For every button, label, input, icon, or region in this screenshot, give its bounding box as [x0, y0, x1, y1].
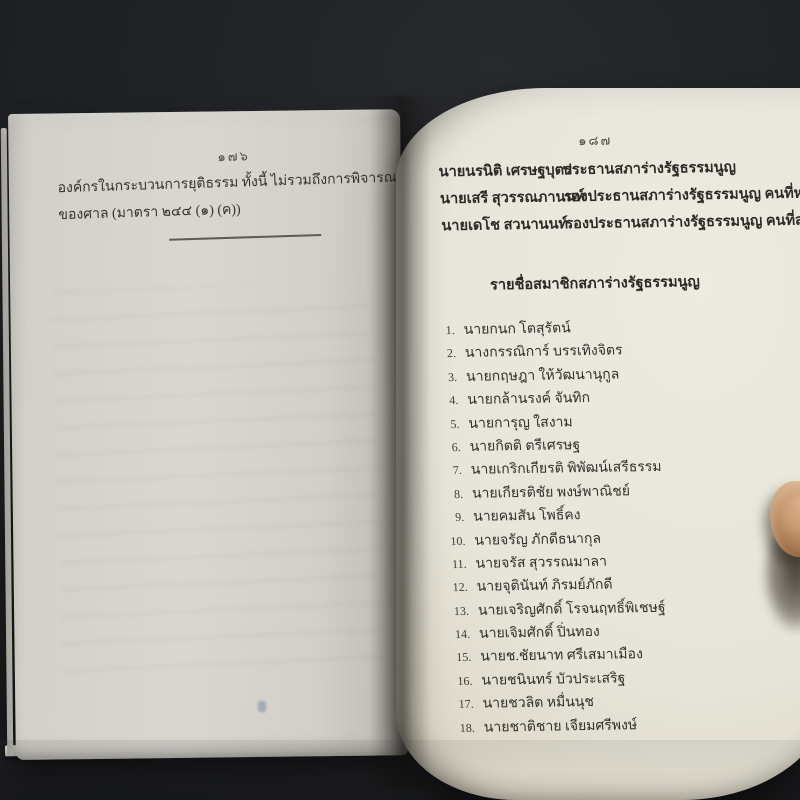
member-name: นายกฤษฎา ให้วัฒนานุกูล: [466, 363, 620, 387]
member-name: นายชนินทร์ บัวประเสริฐ: [481, 667, 626, 691]
member-number: 7.: [439, 463, 462, 478]
member-number: 11.: [444, 557, 467, 572]
left-page-paragraph: องค์กรในกระบวนการยุติธรรม ทั้งนี้ ไม่รวม…: [57, 165, 389, 229]
member-number: 9.: [442, 510, 465, 525]
ink-bleedthrough-texture: [51, 281, 383, 687]
member-number: 6.: [438, 440, 461, 455]
thumb-shadow: [750, 538, 800, 674]
member-name: นายกนก โตสุรัตน์: [463, 317, 571, 341]
member-number: 12.: [445, 580, 468, 595]
member-name: นายกล้านรงค์ จันทิก: [467, 387, 591, 411]
member-name: นางกรรณิการ์ บรรเทิงจิตร: [464, 340, 623, 364]
member-number: 17.: [451, 697, 474, 712]
member-name: นายเกียรติชัย พงษ์พาณิชย์: [471, 480, 630, 504]
assembly-officers-list: นายนรนิติ เศรษฐบุตร ประธานสภาร่างรัฐธรรม…: [396, 154, 800, 242]
officer-row: นายเดโช สวนานนท์ รองประธานสภาร่างรัฐธรรม…: [399, 208, 800, 242]
officer-role: ประธานสภาร่างรัฐธรรมนูญ: [562, 156, 736, 182]
member-row: 18. นายชาติชาย เจียมศรีพงษ์: [452, 711, 793, 740]
left-page: ๑๗๖ องค์กรในกระบวนการยุติธรรม ทั้งนี้ ไม…: [8, 109, 408, 760]
member-name: นายชวลิต หมื่นนุช: [482, 691, 594, 715]
member-number: 3.: [435, 370, 458, 385]
officer-role: รองประธานสภาร่างรัฐธรรมนูญ คนที่หนึ่ง: [563, 181, 800, 208]
member-name: นายคมสัน โพธิ์คง: [473, 504, 581, 528]
member-name: นายกิตติ ตรีเศรษฐ: [469, 434, 581, 458]
member-name: นายเกริกเกียรติ พิพัฒน์เสรีธรรม: [470, 456, 662, 481]
member-number: 14.: [448, 627, 471, 642]
member-number: 13.: [447, 604, 470, 619]
member-name: นายเจริญศักดิ์ โรจนฤทธิ์พิเชษฐ์: [477, 596, 666, 621]
member-number: 10.: [443, 533, 466, 548]
right-page-content: ๑๘๗ นายนรนิติ เศรษฐบุตร ประธานสภาร่างรัฐ…: [392, 82, 800, 800]
member-name: นายจรัญ ภักดีธนากุล: [474, 527, 602, 551]
member-number: 4.: [436, 393, 459, 408]
member-number: 8.: [441, 487, 464, 502]
blue-ink-smudge: [258, 701, 266, 712]
member-number: 18.: [452, 720, 475, 735]
right-page-number: ๑๘๗: [425, 127, 766, 153]
member-name: นายจรัส สุวรรณมาลา: [475, 551, 607, 575]
member-number: 5.: [437, 417, 460, 432]
member-name: นายช.ชัยนาท ศรีเสมาเมือง: [480, 644, 644, 669]
section-divider-rule: [169, 234, 321, 241]
member-name: นายเจิมศักดิ์ ปิ่นทอง: [479, 621, 601, 645]
officer-role: รองประธานสภาร่างรัฐธรรมนูญ คนที่สอง: [565, 208, 800, 235]
member-number: 15.: [449, 650, 472, 665]
members-list: 1. นายกนก โตสุรัตน์ 2. นางกรรณิการ์ บรรเ…: [432, 314, 793, 740]
member-number: 2.: [434, 346, 457, 361]
left-page-content: ๑๗๖ องค์กรในกระบวนการยุติธรรม ทั้งนี้ ไม…: [7, 102, 419, 760]
member-number: 1.: [432, 323, 455, 338]
member-name: นายการุญ ใสงาม: [468, 411, 573, 435]
officer-name: นายเดโช สวนานนท์: [441, 212, 569, 237]
officer-name: นายนรนิติ เศรษฐบุตร: [438, 158, 572, 183]
members-list-heading: รายชื่อสมาชิกสภาร่างรัฐธรรมนูญ: [422, 269, 768, 297]
member-name: นายจุตินันท์ ภิรมย์ภักดี: [476, 574, 613, 598]
right-page: ๑๘๗ นายนรนิติ เศรษฐบุตร ประธานสภาร่างรัฐ…: [396, 88, 800, 800]
member-number: 16.: [450, 674, 473, 689]
book-photo: ๑๗๖ องค์กรในกระบวนการยุติธรรม ทั้งนี้ ไม…: [0, 0, 800, 800]
member-name: นายชาติชาย เจียมศรีพงษ์: [483, 714, 637, 738]
